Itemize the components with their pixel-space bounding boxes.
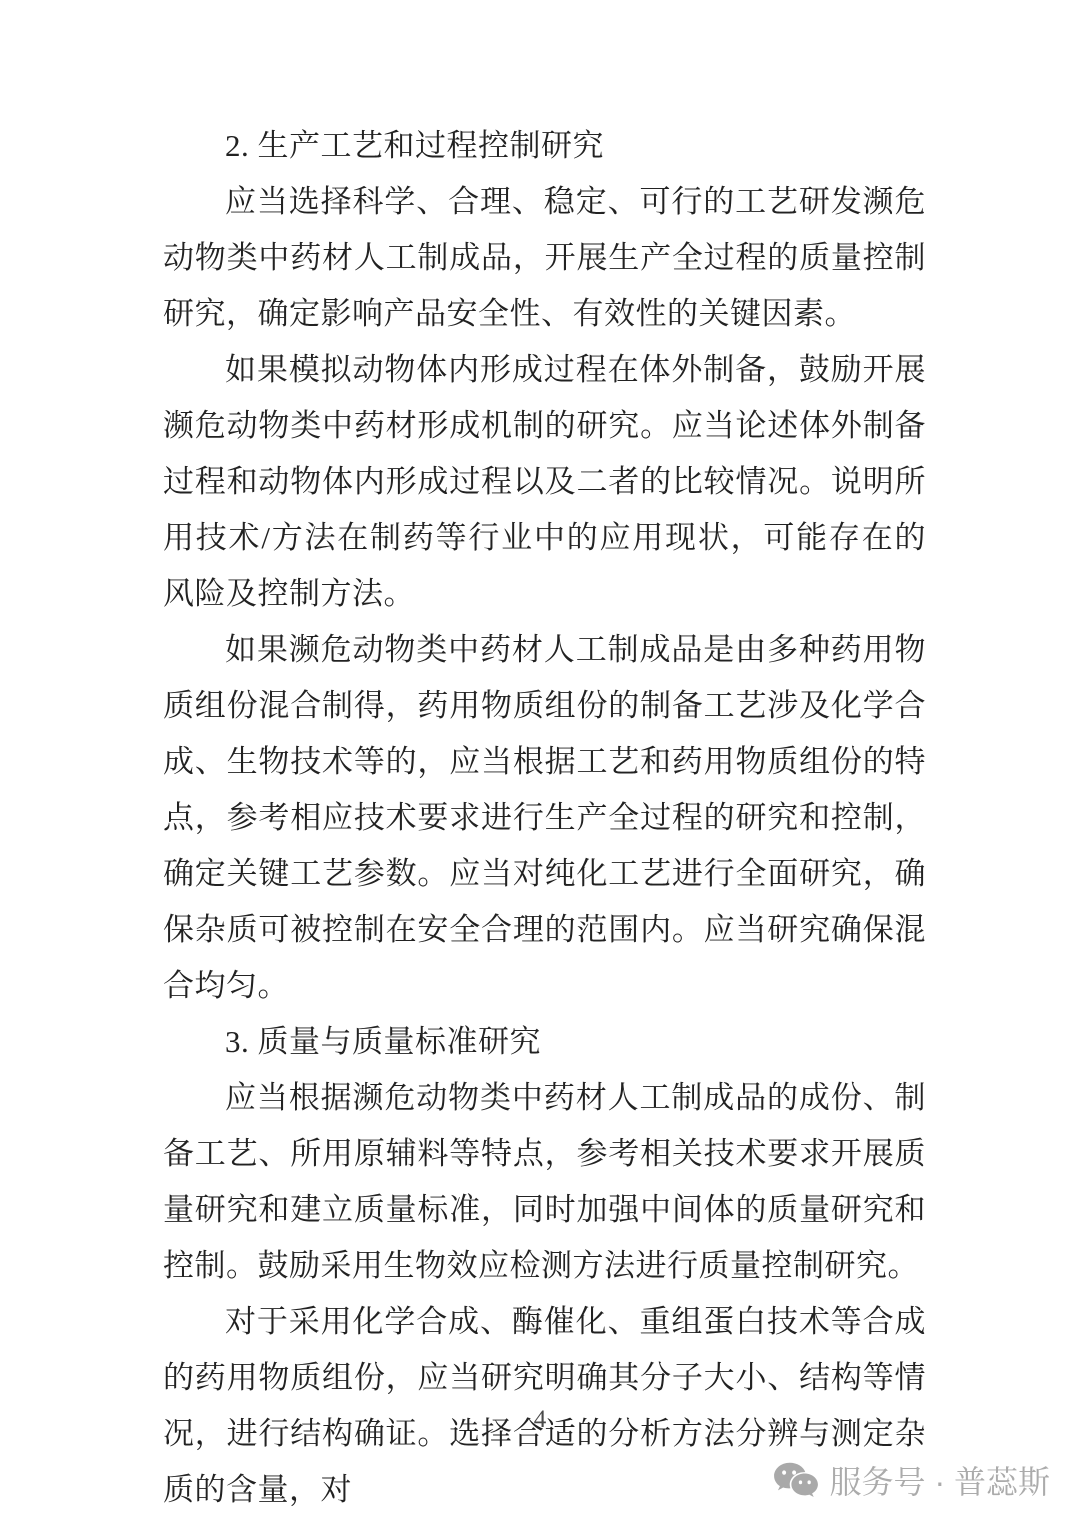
footer-label: 服务号 · 普蕊斯 xyxy=(830,1460,1050,1504)
paragraph-process-selection: 应当选择科学、合理、稳定、可行的工艺研发濒危动物类中药材人工制成品，开展生产全过… xyxy=(163,174,926,342)
paragraph-multi-component: 如果濒危动物类中药材人工制成品是由多种药用物质组份混合制得，药用物质组份的制备工… xyxy=(163,622,926,1014)
paragraph-in-vitro-preparation: 如果模拟动物体内形成过程在体外制备，鼓励开展濒危动物类中药材形成机制的研究。应当… xyxy=(163,342,926,622)
section-heading-3: 3. 质量与质量标准研究 xyxy=(163,1014,926,1070)
page-number: 4 xyxy=(0,1405,1080,1435)
wechat-icon xyxy=(772,1461,820,1503)
footer-watermark: 服务号 · 普蕊斯 xyxy=(772,1460,1050,1504)
document-page: 2. 生产工艺和过程控制研究 应当选择科学、合理、稳定、可行的工艺研发濒危动物类… xyxy=(0,0,1080,1527)
document-body: 2. 生产工艺和过程控制研究 应当选择科学、合理、稳定、可行的工艺研发濒危动物类… xyxy=(163,118,926,1518)
section-heading-2: 2. 生产工艺和过程控制研究 xyxy=(163,118,926,174)
paragraph-quality-standard: 应当根据濒危动物类中药材人工制成品的成份、制备工艺、所用原辅料等特点，参考相关技… xyxy=(163,1070,926,1294)
